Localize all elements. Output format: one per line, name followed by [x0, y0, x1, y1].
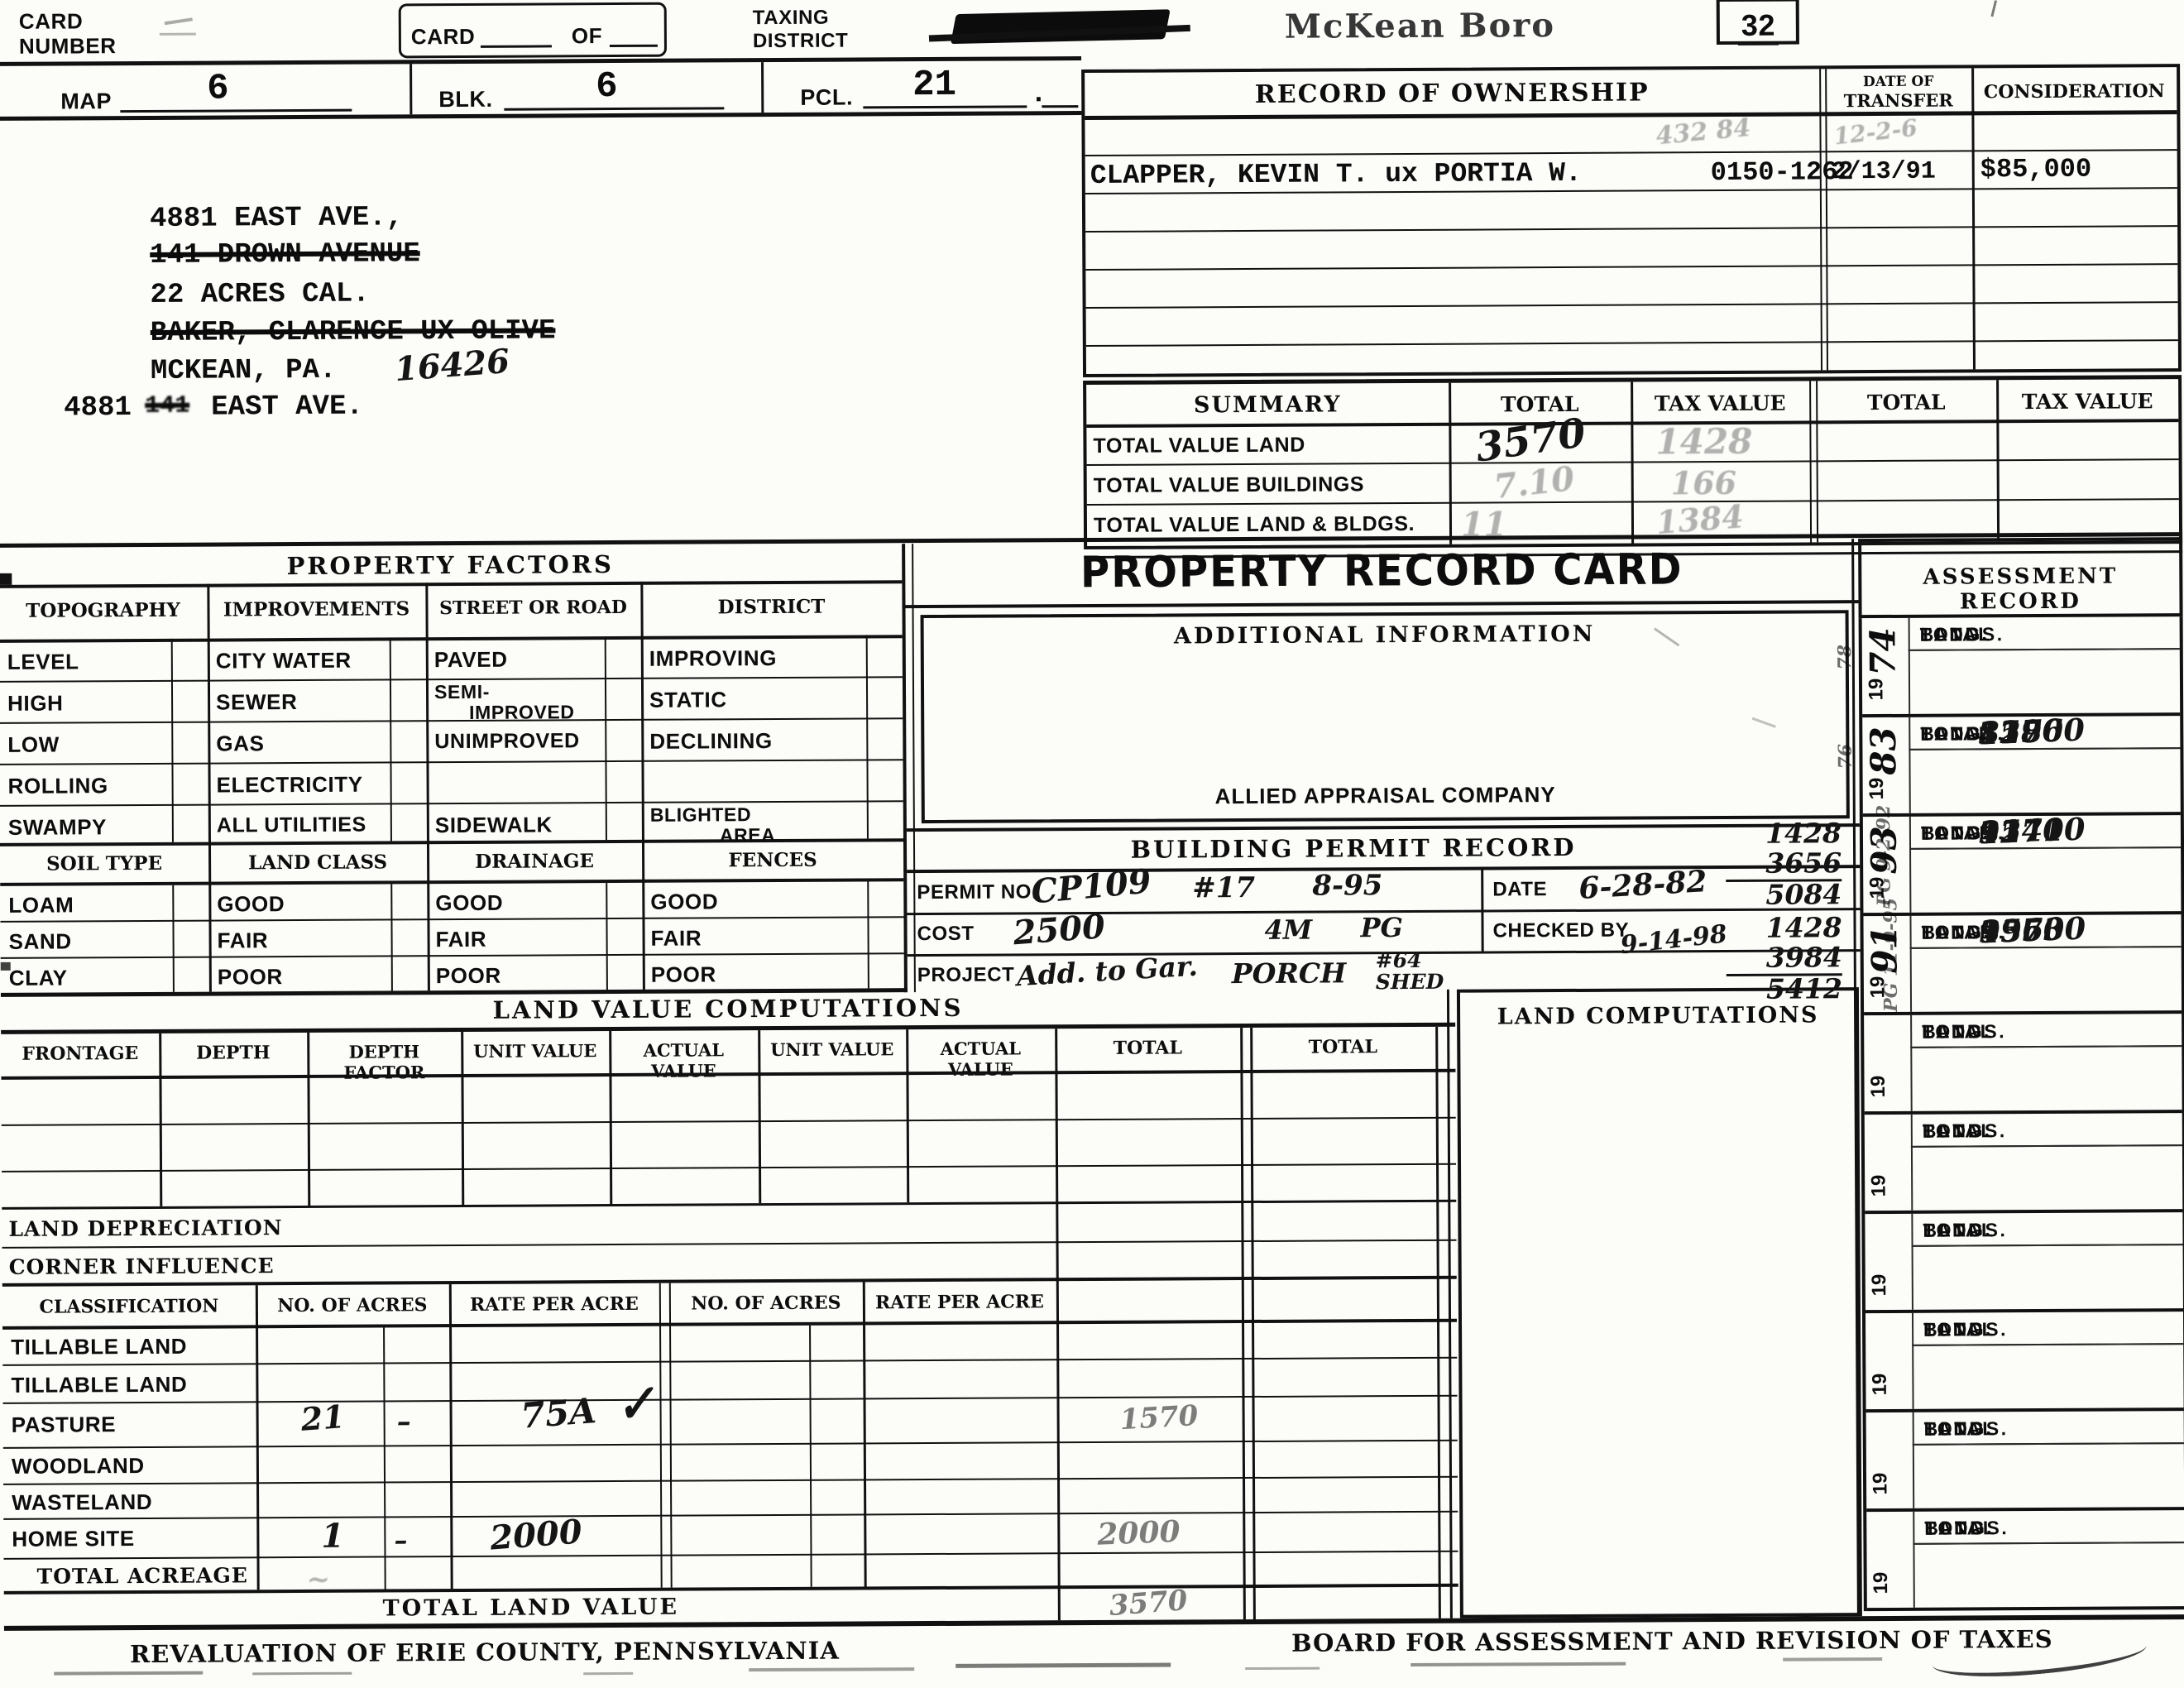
- cost-extra-hw: 4M: [1264, 914, 1312, 946]
- homesite-dash-hw: –: [394, 1524, 407, 1556]
- fences-item: POOR: [651, 961, 716, 987]
- pasture-dash-hw: –: [397, 1405, 411, 1438]
- scan-content: CARD NUMBER CARD OF TAXING DISTRICT McKe…: [0, 0, 2184, 1688]
- taxing-label-line1: TAXING: [753, 7, 849, 31]
- printed-year-prefix: 19: [1867, 1175, 1890, 1197]
- rule-line: [907, 823, 1860, 832]
- rule-line: [1435, 1027, 1441, 1618]
- additional-information-title: ADDITIONAL INFORMATION: [924, 620, 1846, 650]
- col-header: TOTAL: [1055, 1037, 1240, 1059]
- address-line6-suffix: EAST AVE.: [211, 391, 363, 424]
- sum-hw: 1428: [1726, 817, 1842, 850]
- rule-line: [1481, 867, 1484, 952]
- rule-line: [605, 636, 607, 840]
- transfer-date: 2/13/91: [1832, 158, 1936, 187]
- scan-artifact: [54, 1671, 203, 1676]
- pcl-value: 21: [912, 65, 956, 106]
- scan-artifact: [1410, 1662, 1626, 1666]
- date-of-transfer-header-line2: TRANSFER: [1825, 89, 1971, 111]
- date-of-transfer-header-line1: DATE OF: [1825, 73, 1971, 90]
- pasture-acres-hw: 21: [299, 1398, 346, 1438]
- col-header: UNIT VALUE: [461, 1040, 609, 1062]
- blank-line: [481, 45, 552, 47]
- classification-header: NO. OF ACRES: [669, 1292, 863, 1314]
- homesite-rate-hw: 2000: [489, 1512, 584, 1557]
- faint-handwriting: 432 84: [1655, 113, 1752, 151]
- classification-header: NO. OF ACRES: [256, 1294, 449, 1316]
- printed-year-prefix: 19: [1869, 1374, 1892, 1396]
- rule-line: [905, 600, 1858, 608]
- district-number: 32: [1738, 8, 1779, 46]
- homesite-total-hw: 2000: [1097, 1514, 1181, 1552]
- total-label: TOTAL: [1923, 1318, 1995, 1340]
- blk-value: 6: [596, 66, 618, 108]
- printed-year-prefix: 19: [1865, 778, 1889, 800]
- scan-artifact: [583, 1672, 633, 1675]
- land-depreciation-label: LAND DEPRECIATION: [8, 1216, 282, 1241]
- rule-line: [1086, 301, 2178, 309]
- year-handwritten: 83: [1863, 727, 1904, 775]
- printed-year-prefix: 19: [1869, 1473, 1892, 1495]
- scan-artifact: [1, 962, 11, 971]
- total-land-value-label: TOTAL LAND VALUE: [4, 1592, 1058, 1623]
- rule-line: [171, 639, 174, 842]
- factor-item: DECLINING: [649, 728, 773, 755]
- rule-line: [2, 1240, 1457, 1249]
- summary-tax-header: TAX VALUE: [1631, 391, 1809, 415]
- rule-line: [425, 583, 430, 990]
- rule-line: [3, 1395, 1458, 1404]
- rule-line: [1085, 110, 2177, 120]
- address-line6-struck: 141: [145, 392, 189, 420]
- footer-revaluation: REVALUATION OF ERIE COUNTY, PENNSYLVANIA: [130, 1637, 840, 1668]
- printed-year-prefix: 19: [1867, 1076, 1890, 1098]
- topography-header: TOPOGRAPHY: [0, 599, 208, 622]
- map-blk-pcl-row: MAP 6 BLK. 6 PCL. 21 .: [0, 60, 1081, 121]
- assessment-row-total: TOTAL 11860: [1909, 716, 2180, 749]
- soil-item: LOAM: [8, 892, 74, 918]
- additional-information-box: ADDITIONAL INFORMATION ALLIED APPRAISAL …: [921, 610, 1850, 823]
- margin-annotation-hw: 78: [1834, 645, 1856, 670]
- rule-line: [761, 62, 764, 113]
- rule-line: [449, 1284, 453, 1589]
- rule-line: [2, 1117, 1456, 1126]
- rule-line: [606, 883, 608, 990]
- printed-year-prefix: 19: [1865, 679, 1888, 701]
- pcl-label: PCL.: [800, 85, 853, 111]
- land-class-item: FAIR: [218, 928, 269, 953]
- consideration-amount: $85,000: [1980, 154, 2092, 185]
- scan-artifact: [749, 1667, 914, 1671]
- corner-influence-label: CORNER INFLUENCE: [9, 1254, 275, 1279]
- rule-line: [390, 884, 393, 990]
- faint-handwriting: 12-2-6: [1832, 114, 1918, 151]
- assessment-row-total: TOTAL: [1912, 1312, 2183, 1345]
- property-record-card-title: PROPERTY RECORD CARD: [905, 544, 1858, 599]
- scan-artifact: [165, 17, 193, 25]
- blank-line: [863, 105, 1027, 108]
- property-factors-title: PROPERTY FACTORS: [0, 549, 902, 582]
- cost-label: COST: [917, 923, 974, 946]
- rule-line: [1085, 225, 2177, 233]
- factor-item: HIGH: [7, 691, 64, 717]
- soil-type-header: SOIL TYPE: [0, 852, 208, 875]
- rule-line: [409, 64, 412, 114]
- assessment-year-block: 19 83 76 LAND 3570 BLDGS. 8290 TOTAL 118…: [1862, 716, 2181, 817]
- cost-hw: 2500: [1012, 907, 1107, 952]
- blank-line: [610, 45, 658, 47]
- assessment-year-block: 19 LAND BLDGS. TOTAL: [1866, 1510, 2184, 1611]
- rule-line: [3, 1440, 1458, 1449]
- factor-item: STATIC: [649, 687, 727, 712]
- margin-annotation-hw: PG 11-9-95: [1880, 898, 1902, 1012]
- rule-line: [866, 635, 869, 838]
- rule-line: [0, 878, 903, 886]
- total-value-hw: 12710: [1978, 810, 2086, 851]
- summary-table: SUMMARY TOTAL TAX VALUE TOTAL TAX VALUE …: [1083, 375, 2182, 549]
- rule-line: [390, 637, 392, 841]
- printed-year-prefix: 19: [1868, 1274, 1891, 1297]
- assessment-row-total: TOTAL 12710: [1909, 815, 2181, 848]
- rule-line: [0, 635, 903, 643]
- assessment-record-header: ASSESSMENT RECORD: [1858, 537, 2182, 618]
- assessment-year-block: 19 LAND BLDGS. TOTAL: [1865, 1212, 2183, 1313]
- ownership-title: RECORD OF OWNERSHIP: [1085, 77, 1819, 110]
- project-num-hw: #64: [1376, 948, 1422, 972]
- factor-item: IMPROVING: [649, 645, 777, 672]
- drainage-item: GOOD: [435, 890, 503, 916]
- factor-item: ROLLING: [8, 773, 108, 799]
- fences-item: GOOD: [650, 889, 718, 914]
- drainage-header: DRAINAGE: [427, 850, 642, 873]
- property-factors-table: PROPERTY FACTORS TOPOGRAPHY IMPROVEMENTS…: [0, 544, 908, 997]
- land-class-header: LAND CLASS: [208, 851, 427, 874]
- blank-line: [1042, 105, 1078, 108]
- summary-row-label: TOTAL VALUE LAND & BLDGS.: [1094, 512, 1415, 538]
- summary-total2-header: TOTAL: [1816, 390, 1996, 415]
- classification-row-label: PASTURE: [12, 1412, 117, 1438]
- map-value: 6: [207, 68, 229, 109]
- total-label: TOTAL: [1923, 1120, 1995, 1142]
- card-of-box: CARD OF: [399, 2, 667, 59]
- checked-date-hw: 9-14-98: [1619, 919, 1728, 960]
- rule-line: [1250, 1028, 1256, 1619]
- factor-item: ELECTRICITY: [217, 772, 363, 798]
- total-value-hw: 11860: [1977, 711, 2085, 751]
- rule-line: [172, 885, 175, 992]
- land-class-item: POOR: [218, 964, 283, 990]
- year-handwritten: 74: [1862, 627, 1903, 676]
- factor-item: UNIMPROVED: [434, 729, 580, 754]
- pasture-check-hw: ✓: [611, 1374, 659, 1435]
- soil-item: SAND: [9, 928, 72, 954]
- rule-line: [383, 1327, 386, 1589]
- rule-line: [809, 1326, 812, 1587]
- tax-value-land-hw: 1428: [1655, 421, 1752, 463]
- rule-line: [867, 881, 869, 988]
- scan-artifact: [0, 573, 12, 585]
- rule-line: [3, 1476, 1458, 1485]
- taxing-label-line2: DISTRICT: [753, 30, 849, 54]
- scan-artifact: [955, 1663, 1171, 1668]
- homesite-acres-hw: 1: [321, 1517, 344, 1556]
- assessment-row-total: TOTAL: [1911, 1212, 2182, 1245]
- rule-line: [659, 1283, 663, 1588]
- district-number-box: 32: [1717, 0, 1799, 45]
- classification-row-label: TILLABLE LAND: [11, 1334, 187, 1360]
- street-or-road-header: STREET OR ROAD: [425, 597, 640, 619]
- appraisal-company-name: ALLIED APPRAISAL COMPANY: [925, 780, 1846, 811]
- total-label: TOTAL: [1920, 623, 1992, 645]
- rule-line: [1, 952, 904, 959]
- rule-line: [1086, 339, 2178, 347]
- total-land-value-hw: 3570: [1108, 1584, 1188, 1623]
- classification-header: RATE PER ACRE: [863, 1291, 1056, 1313]
- property-record-card-panel: PROPERTY RECORD CARD ADDITIONAL INFORMAT…: [905, 539, 1861, 992]
- card-number-label-line2: NUMBER: [19, 33, 117, 59]
- assessment-year-block: 19 LAND BLDGS. TOTAL: [1865, 1312, 2184, 1412]
- address-line: 4881 EAST AVE.,: [150, 202, 403, 235]
- building-permit-record-title: BUILDING PERMIT RECORD: [907, 832, 1800, 866]
- sum-hw: 5084: [1726, 878, 1842, 911]
- project-hw: Add. to Gar.: [1016, 950, 1199, 993]
- land-value-computations-table: LAND VALUE COMPUTATIONS FRONTAGE DEPTH D…: [1, 990, 1458, 1626]
- scan-artifact: [1245, 1667, 1319, 1670]
- footer-board: BOARD FOR ASSESSMENT AND REVISION OF TAX…: [1291, 1625, 2053, 1657]
- scan-artifact: [160, 33, 196, 36]
- scan-artifact: [1783, 1657, 1882, 1662]
- drainage-item: FAIR: [436, 927, 487, 952]
- factor-item: CITY WATER: [216, 648, 352, 674]
- col-header: FRONTAGE: [1, 1043, 159, 1065]
- assessment-year-block: 19 93 PG 9-2-92 LAND 3570 BLDGS. 9140 TO…: [1863, 815, 2182, 916]
- col-header: TOTAL: [1250, 1036, 1435, 1058]
- rule-line: [2, 1163, 1456, 1172]
- record-of-ownership-table: RECORD OF OWNERSHIP DATE OF TRANSFER CON…: [1081, 64, 2182, 377]
- cost-extra-hw: PG: [1360, 912, 1403, 943]
- permit-extra-hw: #17: [1192, 871, 1255, 904]
- margin-annotation-hw: PG 9-2-92: [1873, 805, 1895, 907]
- map-label: MAP: [60, 89, 112, 114]
- scan-artifact: [252, 1672, 352, 1676]
- checked-by-label: CHECKED BY: [1492, 919, 1629, 943]
- assessment-row-total: TOTAL: [1909, 616, 2180, 650]
- factor-item: PAVED: [434, 647, 508, 673]
- rule-line: [4, 1551, 1458, 1560]
- assessment-year-block: 19 LAND BLDGS. TOTAL: [1865, 1113, 2183, 1214]
- rule-line: [863, 1282, 867, 1586]
- card-of-card-label: CARD: [411, 24, 476, 50]
- rule-line: [2, 1319, 1457, 1330]
- scanned-property-record-card: CARD NUMBER CARD OF TAXING DISTRICT McKe…: [0, 0, 2184, 1688]
- pasture-rate-hw: 75A: [520, 1390, 597, 1436]
- classification-header: RATE PER ACRE: [449, 1293, 659, 1316]
- rule-line: [256, 1285, 260, 1590]
- sum-hw: 3656: [1726, 846, 1842, 882]
- fences-header: FENCES: [642, 848, 903, 872]
- rule-line: [1240, 1028, 1246, 1619]
- factor-item: SEMI- IMPROVED: [434, 681, 575, 723]
- blk-label: BLK.: [438, 87, 493, 113]
- total-value-buildings-hw: 7.10: [1492, 459, 1576, 506]
- assessment-row-total: TOTAL: [1910, 1014, 2182, 1047]
- permit-date-label: DATE: [1492, 878, 1547, 901]
- factor-item: SEWER: [216, 689, 298, 716]
- total-label: TOTAL: [1924, 1417, 1996, 1440]
- total-label: TOTAL: [1922, 1020, 1994, 1043]
- col-header: UNIT VALUE: [758, 1038, 906, 1060]
- address-line: MCKEAN, PA.: [151, 355, 337, 387]
- factor-item: GAS: [216, 731, 264, 756]
- total-acreage-label: TOTAL ACREAGE: [37, 1563, 248, 1588]
- rule-line: [2, 1357, 1457, 1366]
- address-line-struck: 141 DROWN AVENUE: [150, 238, 420, 271]
- rule-line: [3, 1511, 1458, 1520]
- assessment-year-block: 19 74 78 LAND BLDGS. TOTAL: [1862, 616, 2181, 717]
- rule-line: [1085, 263, 2177, 271]
- card-of-of-label: OF: [572, 23, 602, 49]
- card-number-label-line1: CARD: [19, 8, 117, 34]
- total-acreage-hw: ~: [307, 1563, 331, 1596]
- address-line: 22 ACRES CAL.: [150, 279, 369, 311]
- total-value-hw: 13530: [1979, 909, 2086, 950]
- land-value-computations-title: LAND VALUE COMPUTATIONS: [1, 991, 1455, 1027]
- card-number-label: CARD NUMBER: [19, 8, 117, 59]
- assessment-record-title: ASSESSMENT RECORD: [1861, 563, 2179, 615]
- classification-row-label: HOME SITE: [12, 1526, 135, 1552]
- assessment-row-total: TOTAL 13530: [1909, 914, 2181, 947]
- factor-item: SWAMPY: [8, 814, 107, 841]
- classification-row-label: WASTELAND: [12, 1489, 152, 1516]
- tax-value-buildings-hw: 166: [1671, 464, 1737, 501]
- summary-row-label: TOTAL VALUE LAND: [1093, 434, 1305, 458]
- project-label: PROJECT: [917, 963, 1015, 987]
- permit-date-hw: 6-28-82: [1578, 864, 1707, 906]
- sum-hw: 3984: [1727, 941, 1842, 976]
- pasture-total-hw: 1570: [1119, 1399, 1200, 1436]
- address-line6-prefix: 4881: [64, 392, 132, 424]
- sum-hw: 1428: [1726, 911, 1842, 944]
- summary-title: SUMMARY: [1086, 391, 1449, 419]
- rule-line: [0, 916, 903, 923]
- zip-handwritten: 16426: [393, 342, 510, 389]
- summary-tax2-header: TAX VALUE: [1996, 389, 2178, 414]
- rule-line: [640, 582, 645, 990]
- taxing-district-label: TAXING DISTRICT: [753, 7, 849, 54]
- classification-row-label: TILLABLE LAND: [11, 1372, 187, 1398]
- district-header: DISTRICT: [640, 595, 902, 619]
- assessment-row-total: TOTAL: [1913, 1510, 2184, 1543]
- land-computations-box: LAND COMPUTATIONS: [1457, 987, 1862, 1618]
- blank-line: [120, 109, 352, 113]
- factor-item: LOW: [7, 732, 60, 758]
- summary-row-label: TOTAL VALUE BUILDINGS: [1094, 472, 1365, 498]
- rule-line: [669, 1283, 673, 1588]
- assessment-row-total: TOTAL: [1913, 1411, 2184, 1444]
- drainage-item: POOR: [436, 963, 501, 989]
- improvements-header: IMPROVEMENTS: [207, 597, 425, 621]
- assessment-row-total: TOTAL: [1911, 1113, 2182, 1146]
- summary-total-header: TOTAL: [1449, 392, 1631, 417]
- assessment-year-block: 19 91 PG 11-9-95 LAND 3570 BLDGS. 9960 T…: [1863, 914, 2182, 1015]
- project-porch-hw: PORCH: [1232, 957, 1347, 990]
- scan-artifact: [1752, 717, 1776, 728]
- printed-year-prefix: 19: [1870, 1572, 1893, 1594]
- rule-line: [0, 580, 902, 588]
- factor-item: SIDEWALK: [435, 812, 553, 838]
- district-stamp: McKean Boro: [1285, 6, 1555, 46]
- classification-header: CLASSIFICATION: [2, 1295, 256, 1318]
- permit-no-label: PERMIT NO.: [917, 880, 1037, 904]
- total-label: TOTAL: [1923, 1219, 1995, 1241]
- total-label: TOTAL: [1924, 1517, 1996, 1539]
- scan-artifact: [1990, 0, 1997, 17]
- fences-item: FAIR: [651, 925, 702, 951]
- assessment-blocks: 19 74 78 LAND BLDGS. TOTAL 19: [1859, 616, 2184, 1611]
- margin-annotation-hw: 76: [1835, 744, 1856, 770]
- classification-row-label: WOODLAND: [12, 1453, 145, 1479]
- land-class-item: GOOD: [217, 891, 285, 917]
- assessment-year-block: 19 LAND BLDGS. TOTAL: [1866, 1411, 2184, 1512]
- factor-item: ALL UTILITIES: [217, 813, 366, 838]
- rule-line: [207, 584, 212, 992]
- rule-line: [2, 1200, 1456, 1210]
- rule-line: [912, 544, 916, 992]
- consideration-header: CONSIDERATION: [1971, 80, 2177, 103]
- factor-item: LEVEL: [7, 649, 79, 674]
- rule-line: [0, 759, 903, 765]
- col-header: DEPTH: [159, 1042, 307, 1064]
- permit-extra-hw: 8-95: [1312, 869, 1382, 902]
- factor-item: BLIGHTED AREA: [650, 804, 776, 846]
- land-computations-title: LAND COMPUTATIONS: [1460, 1002, 1856, 1030]
- rule-line: [1055, 1029, 1061, 1620]
- owner-name: CLAPPER, KEVIN T. ux PORTIA W.: [1090, 158, 1582, 191]
- soil-item: CLAY: [9, 965, 68, 990]
- assessment-year-block: 19 LAND BLDGS. TOTAL: [1864, 1014, 2182, 1115]
